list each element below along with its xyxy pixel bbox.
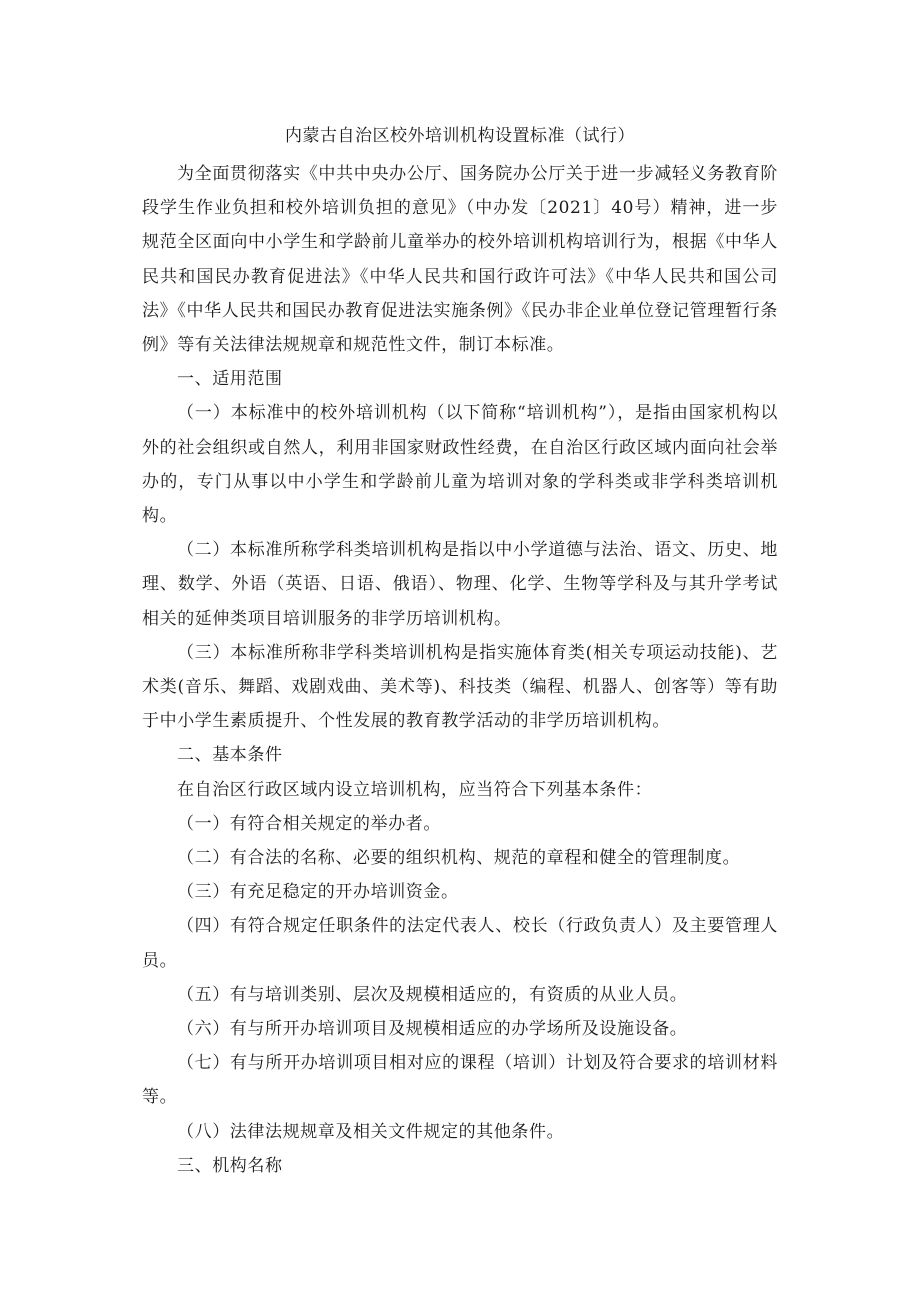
condition-item: （六）有与所开办培训项目及规模相适应的办学场所及设施设备。 (142, 1012, 778, 1046)
section-paragraph: （二）本标准所称学科类培训机构是指以中小学道德与法治、语文、历史、地理、数学、外… (142, 533, 778, 636)
section-heading: 二、基本条件 (142, 738, 778, 772)
condition-item: （三）有充足稳定的开办培训资金。 (142, 875, 778, 909)
condition-item: （五）有与培训类别、层次及规模相适应的，有资质的从业人员。 (142, 978, 778, 1012)
section-scope: 一、适用范围 （一）本标准中的校外培训机构（以下简称“培训机构”），是指由国家机… (142, 362, 778, 738)
condition-item: （二）有合法的名称、必要的组织机构、规范的章程和健全的管理制度。 (142, 841, 778, 875)
section-paragraph: 在自治区行政区域内设立培训机构，应当符合下列基本条件： (142, 773, 778, 807)
section-heading: 一、适用范围 (142, 362, 778, 396)
condition-item: （七）有与所开办培训项目相对应的课程（培训）计划及符合要求的培训材料等。 (142, 1046, 778, 1114)
section-institution-name: 三、机构名称 (142, 1149, 778, 1183)
section-basic-conditions: 二、基本条件 在自治区行政区域内设立培训机构，应当符合下列基本条件： （一）有符… (142, 738, 778, 1148)
condition-item: （八）法律法规规章及相关文件规定的其他条件。 (142, 1115, 778, 1149)
document-page: 内蒙古自治区校外培训机构设置标准（试行） 为全面贯彻落实《中共中央办公厅、国务院… (142, 122, 778, 1183)
section-paragraph: （三）本标准所称非学科类培训机构是指实施体育类(相关专项运动技能)、艺术类(音乐… (142, 636, 778, 739)
preamble-paragraph: 为全面贯彻落实《中共中央办公厅、国务院办公厅关于进一步减轻义务教育阶段学生作业负… (142, 157, 778, 362)
condition-item: （四）有符合规定任职条件的法定代表人、校长（行政负责人）及主要管理人员。 (142, 909, 778, 977)
document-title: 内蒙古自治区校外培训机构设置标准（试行） (142, 122, 778, 150)
condition-item: （一）有符合相关规定的举办者。 (142, 807, 778, 841)
section-paragraph: （一）本标准中的校外培训机构（以下简称“培训机构”），是指由国家机构以外的社会组… (142, 396, 778, 533)
section-heading: 三、机构名称 (142, 1149, 778, 1183)
